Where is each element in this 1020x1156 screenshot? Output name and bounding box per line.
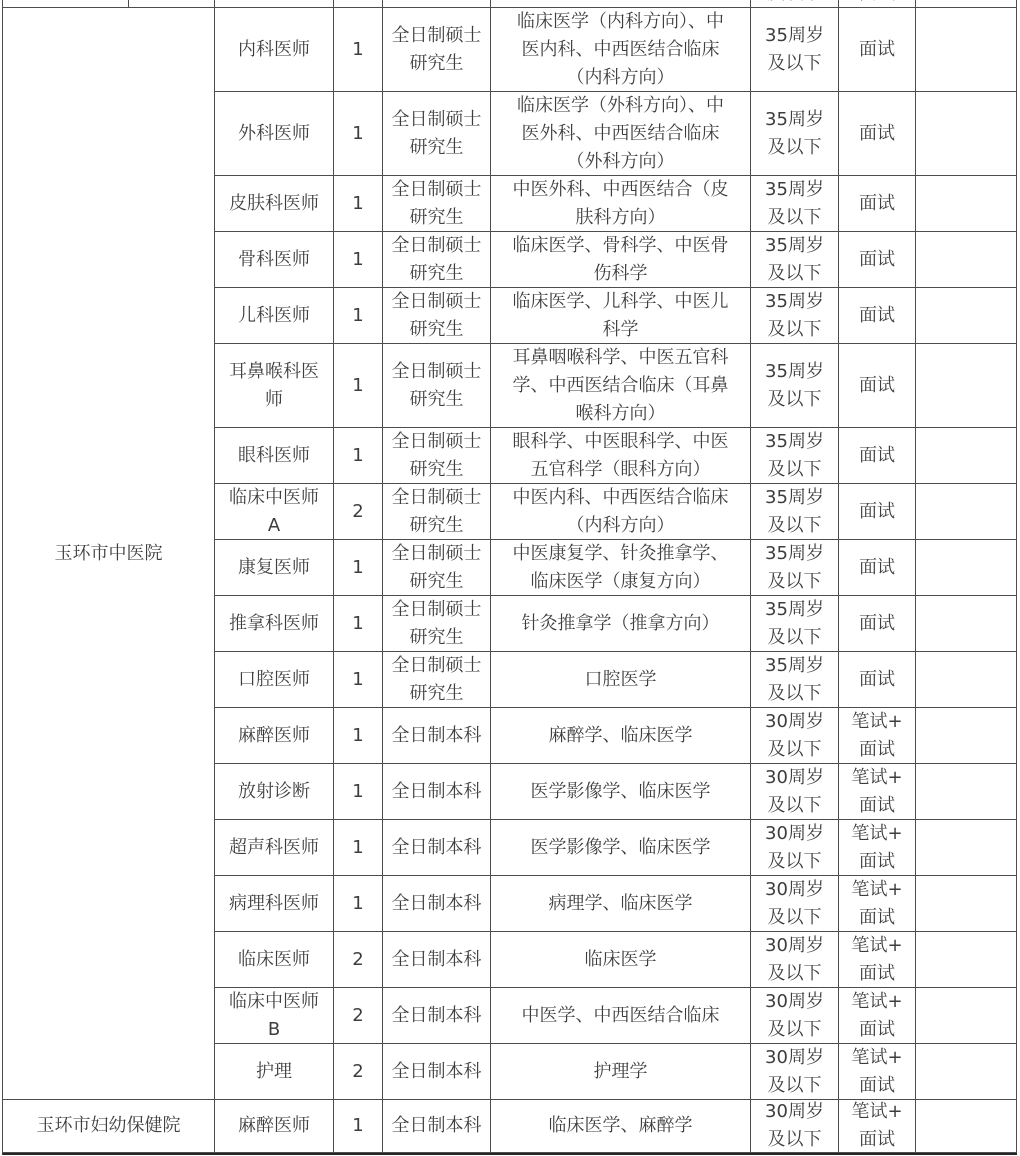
partial-row-cell-4 xyxy=(334,0,383,8)
major-cell: 麻醉学、临床医学 xyxy=(491,708,751,764)
note-cell xyxy=(916,288,1017,344)
count-cell: 1 xyxy=(334,176,383,232)
age-cell: 35周岁 及以下 xyxy=(751,540,839,596)
age-cell: 30周岁 及以下 xyxy=(751,988,839,1044)
education-cell-text: 全日制硕士 研究生 xyxy=(383,484,490,540)
note-cell xyxy=(916,8,1017,92)
note-cell xyxy=(916,820,1017,876)
age-cell-text: 30周岁 及以下 xyxy=(751,1100,838,1153)
major-cell: 医学影像学、临床医学 xyxy=(491,820,751,876)
exam-cell-text: 面试 xyxy=(839,120,915,148)
major-cell-text: 病理学、临床医学 xyxy=(497,890,744,918)
age-cell: 35周岁 及以下 xyxy=(751,92,839,176)
education-cell: 全日制硕士 研究生 xyxy=(383,652,491,708)
major-cell: 临床医学（内科方向）、中 医内科、中西医结合临床 （内科方向） xyxy=(491,8,751,92)
exam-cell-text: 笔试+ 面试 xyxy=(839,876,915,932)
education-cell: 全日制本科 xyxy=(383,1100,491,1153)
position-cell-text: 推拿科医师 xyxy=(218,610,330,638)
education-cell-text: 全日制硕士 研究生 xyxy=(383,540,490,596)
partial-row-cell-6 xyxy=(491,0,751,8)
exam-cell: 笔试+ 面试 xyxy=(839,932,916,988)
education-cell: 全日制本科 xyxy=(383,708,491,764)
position-cell: 眼科医师 xyxy=(215,428,334,484)
major-cell: 临床医学、儿科学、中医儿 科学 xyxy=(491,288,751,344)
age-cell-text: 30周岁 及以下 xyxy=(751,932,838,988)
partial-row-cell-9 xyxy=(916,0,1017,8)
count-cell: 2 xyxy=(334,1044,383,1100)
age-cell: 30周岁 及以下 xyxy=(751,1100,839,1153)
count-cell: 1 xyxy=(334,428,383,484)
age-cell-text: 35周岁 及以下 xyxy=(751,428,838,484)
major-cell: 临床医学 xyxy=(491,932,751,988)
position-cell-text: 临床医师 xyxy=(218,946,330,974)
major-cell: 中医康复学、针灸推拿学、 临床医学（康复方向） xyxy=(491,540,751,596)
education-cell: 全日制硕士 研究生 xyxy=(383,344,491,428)
position-cell-text: 康复医师 xyxy=(218,554,330,582)
major-cell-text: 临床医学 xyxy=(497,946,744,974)
count-cell: 1 xyxy=(334,708,383,764)
count-cell-text: 1 xyxy=(334,890,382,918)
position-cell-text: 外科医师 xyxy=(218,120,330,148)
position-cell: 儿科医师 xyxy=(215,288,334,344)
count-cell-text: 1 xyxy=(334,246,382,274)
major-cell: 眼科学、中医眼科学、中医 五官科学（眼科方向） xyxy=(491,428,751,484)
major-cell: 护理学 xyxy=(491,1044,751,1100)
position-cell-text: 麻醉医师 xyxy=(218,1112,330,1140)
position-cell: 护理 xyxy=(215,1044,334,1100)
page: 及以下面试玉环市中医院内科医师1全日制硕士 研究生临床医学（内科方向）、中 医内… xyxy=(0,0,1020,1156)
exam-cell-text: 面试 xyxy=(839,372,915,400)
position-cell-text: 内科医师 xyxy=(218,36,330,64)
major-cell-text: 耳鼻咽喉科学、中医五官科 学、中西医结合临床（耳鼻 喉科方向） xyxy=(497,344,744,428)
exam-cell: 笔试+ 面试 xyxy=(839,988,916,1044)
position-cell: 康复医师 xyxy=(215,540,334,596)
note-cell xyxy=(916,176,1017,232)
note-cell xyxy=(916,932,1017,988)
age-cell-text: 35周岁 及以下 xyxy=(751,358,838,414)
education-cell-text: 全日制硕士 研究生 xyxy=(383,596,490,652)
major-cell-text: 临床医学、骨科学、中医骨 伤科学 xyxy=(497,232,744,288)
note-cell xyxy=(916,708,1017,764)
exam-cell-text: 笔试+ 面试 xyxy=(839,932,915,988)
count-cell: 1 xyxy=(334,876,383,932)
position-cell-text: 病理科医师 xyxy=(218,890,330,918)
age-cell: 35周岁 及以下 xyxy=(751,484,839,540)
count-cell: 1 xyxy=(334,764,383,820)
age-cell: 30周岁 及以下 xyxy=(751,764,839,820)
exam-cell: 面试 xyxy=(839,8,916,92)
note-cell xyxy=(916,540,1017,596)
count-cell: 1 xyxy=(334,652,383,708)
exam-cell-text: 面试 xyxy=(839,666,915,694)
major-cell-text: 麻醉学、临床医学 xyxy=(497,722,744,750)
major-cell: 中医学、中西医结合临床 xyxy=(491,988,751,1044)
partial-row-cell-5 xyxy=(383,0,491,8)
major-cell-text: 眼科学、中医眼科学、中医 五官科学（眼科方向） xyxy=(497,428,744,484)
age-cell: 30周岁 及以下 xyxy=(751,876,839,932)
major-cell: 医学影像学、临床医学 xyxy=(491,764,751,820)
exam-cell: 面试 xyxy=(839,540,916,596)
exam-cell: 笔试+ 面试 xyxy=(839,820,916,876)
exam-cell-text: 面试 xyxy=(839,498,915,526)
age-cell: 35周岁 及以下 xyxy=(751,288,839,344)
age-cell: 35周岁 及以下 xyxy=(751,596,839,652)
age-cell: 30周岁 及以下 xyxy=(751,708,839,764)
exam-cell-text: 笔试+ 面试 xyxy=(839,820,915,876)
count-cell: 1 xyxy=(334,344,383,428)
education-cell: 全日制本科 xyxy=(383,764,491,820)
count-cell-text: 2 xyxy=(334,498,382,526)
exam-cell-text: 面试 xyxy=(839,302,915,330)
major-cell: 病理学、临床医学 xyxy=(491,876,751,932)
major-cell-text: 中医内科、中西医结合临床 （内科方向） xyxy=(497,484,744,540)
education-cell-text: 全日制硕士 研究生 xyxy=(383,232,490,288)
major-cell-text: 临床医学、儿科学、中医儿 科学 xyxy=(497,288,744,344)
major-cell: 口腔医学 xyxy=(491,652,751,708)
position-cell: 麻醉医师 xyxy=(215,708,334,764)
partial-row-cell-8: 面试 xyxy=(839,0,916,8)
hospital-cell-text: 玉环市中医院 xyxy=(3,540,214,568)
position-cell: 临床医师 xyxy=(215,932,334,988)
major-cell-text: 中医学、中西医结合临床 xyxy=(497,1002,744,1030)
note-cell xyxy=(916,1100,1017,1153)
note-cell xyxy=(916,876,1017,932)
education-cell-text: 全日制本科 xyxy=(383,1112,490,1140)
hospital-cell: 玉环市中医院 xyxy=(3,8,215,1100)
count-cell: 1 xyxy=(334,596,383,652)
education-cell: 全日制硕士 研究生 xyxy=(383,232,491,288)
partial-row-cell-7-text: 及以下 xyxy=(751,0,838,4)
hospital-cell: 玉环市妇幼保健院 xyxy=(3,1100,215,1153)
education-cell: 全日制硕士 研究生 xyxy=(383,540,491,596)
age-cell-text: 30周岁 及以下 xyxy=(751,876,838,932)
count-cell: 1 xyxy=(334,92,383,176)
note-cell xyxy=(916,652,1017,708)
education-cell-text: 全日制本科 xyxy=(383,722,490,750)
note-cell xyxy=(916,92,1017,176)
position-cell: 临床中医师 B xyxy=(215,988,334,1044)
exam-cell-text: 面试 xyxy=(839,36,915,64)
education-cell-text: 全日制硕士 研究生 xyxy=(383,358,490,414)
exam-cell: 面试 xyxy=(839,652,916,708)
age-cell: 35周岁 及以下 xyxy=(751,344,839,428)
exam-cell-text: 面试 xyxy=(839,554,915,582)
count-cell: 1 xyxy=(334,540,383,596)
partial-row-cell-8-text: 面试 xyxy=(839,0,915,4)
note-cell xyxy=(916,344,1017,428)
education-cell-text: 全日制硕士 研究生 xyxy=(383,288,490,344)
age-cell-text: 30周岁 及以下 xyxy=(751,1044,838,1100)
count-cell: 2 xyxy=(334,484,383,540)
position-cell: 病理科医师 xyxy=(215,876,334,932)
education-cell-text: 全日制硕士 研究生 xyxy=(383,176,490,232)
exam-cell: 面试 xyxy=(839,344,916,428)
major-cell-text: 护理学 xyxy=(497,1058,744,1086)
major-cell-text: 临床医学（外科方向）、中 医外科、中西医结合临床 （外科方向） xyxy=(497,92,744,176)
age-cell: 30周岁 及以下 xyxy=(751,820,839,876)
exam-cell-text: 面试 xyxy=(839,442,915,470)
count-cell-text: 1 xyxy=(334,722,382,750)
partial-row-cell-7: 及以下 xyxy=(751,0,839,8)
count-cell-text: 1 xyxy=(334,120,382,148)
education-cell-text: 全日制本科 xyxy=(383,834,490,862)
major-cell: 临床医学（外科方向）、中 医外科、中西医结合临床 （外科方向） xyxy=(491,92,751,176)
position-cell-text: 口腔医师 xyxy=(218,666,330,694)
note-cell xyxy=(916,988,1017,1044)
exam-cell-text: 笔试+ 面试 xyxy=(839,988,915,1044)
education-cell-text: 全日制本科 xyxy=(383,778,490,806)
education-cell-text: 全日制硕士 研究生 xyxy=(383,652,490,708)
count-cell-text: 1 xyxy=(334,1112,382,1140)
education-cell-text: 全日制本科 xyxy=(383,1002,490,1030)
partial-row-cell-2 xyxy=(129,0,215,8)
age-cell-text: 35周岁 及以下 xyxy=(751,596,838,652)
position-cell: 麻醉医师 xyxy=(215,1100,334,1153)
count-cell-text: 1 xyxy=(334,372,382,400)
exam-cell-text: 面试 xyxy=(839,190,915,218)
exam-cell: 面试 xyxy=(839,484,916,540)
position-cell-text: 儿科医师 xyxy=(218,302,330,330)
age-cell-text: 35周岁 及以下 xyxy=(751,176,838,232)
count-cell-text: 1 xyxy=(334,36,382,64)
note-cell xyxy=(916,428,1017,484)
major-cell-text: 口腔医学 xyxy=(497,666,744,694)
count-cell: 1 xyxy=(334,820,383,876)
age-cell-text: 35周岁 及以下 xyxy=(751,484,838,540)
count-cell-text: 2 xyxy=(334,946,382,974)
exam-cell-text: 面试 xyxy=(839,610,915,638)
age-cell: 30周岁 及以下 xyxy=(751,932,839,988)
exam-cell: 面试 xyxy=(839,176,916,232)
education-cell: 全日制本科 xyxy=(383,932,491,988)
exam-cell-text: 笔试+ 面试 xyxy=(839,1100,915,1153)
education-cell: 全日制硕士 研究生 xyxy=(383,428,491,484)
count-cell-text: 2 xyxy=(334,1058,382,1086)
age-cell-text: 35周岁 及以下 xyxy=(751,288,838,344)
count-cell: 2 xyxy=(334,988,383,1044)
age-cell-text: 35周岁 及以下 xyxy=(751,22,838,78)
education-cell: 全日制本科 xyxy=(383,988,491,1044)
age-cell-text: 35周岁 及以下 xyxy=(751,652,838,708)
exam-cell: 笔试+ 面试 xyxy=(839,764,916,820)
position-cell-text: 皮肤科医师 xyxy=(218,190,330,218)
count-cell-text: 1 xyxy=(334,834,382,862)
age-cell-text: 30周岁 及以下 xyxy=(751,708,838,764)
position-cell: 内科医师 xyxy=(215,8,334,92)
position-cell-text: 放射诊断 xyxy=(218,778,330,806)
count-cell-text: 2 xyxy=(334,1002,382,1030)
age-cell-text: 35周岁 及以下 xyxy=(751,232,838,288)
count-cell: 1 xyxy=(334,8,383,92)
major-cell-text: 医学影像学、临床医学 xyxy=(497,778,744,806)
education-cell: 全日制硕士 研究生 xyxy=(383,92,491,176)
note-cell xyxy=(916,484,1017,540)
position-cell: 骨科医师 xyxy=(215,232,334,288)
position-cell-text: 耳鼻喉科医 师 xyxy=(218,358,330,414)
major-cell-text: 针灸推拿学（推拿方向） xyxy=(497,610,744,638)
age-cell-text: 30周岁 及以下 xyxy=(751,764,838,820)
exam-cell-text: 笔试+ 面试 xyxy=(839,708,915,764)
education-cell-text: 全日制硕士 研究生 xyxy=(383,106,490,162)
exam-cell: 面试 xyxy=(839,288,916,344)
exam-cell: 笔试+ 面试 xyxy=(839,876,916,932)
age-cell: 35周岁 及以下 xyxy=(751,176,839,232)
position-cell-text: 骨科医师 xyxy=(218,246,330,274)
major-cell: 临床医学、骨科学、中医骨 伤科学 xyxy=(491,232,751,288)
exam-cell: 面试 xyxy=(839,92,916,176)
age-cell-text: 35周岁 及以下 xyxy=(751,540,838,596)
major-cell-text: 医学影像学、临床医学 xyxy=(497,834,744,862)
major-cell-text: 中医康复学、针灸推拿学、 临床医学（康复方向） xyxy=(497,540,744,596)
position-cell: 放射诊断 xyxy=(215,764,334,820)
age-cell-text: 30周岁 及以下 xyxy=(751,820,838,876)
position-cell-text: 麻醉医师 xyxy=(218,722,330,750)
education-cell-text: 全日制硕士 研究生 xyxy=(383,22,490,78)
position-cell: 耳鼻喉科医 师 xyxy=(215,344,334,428)
count-cell-text: 1 xyxy=(334,442,382,470)
position-cell: 推拿科医师 xyxy=(215,596,334,652)
age-cell: 35周岁 及以下 xyxy=(751,8,839,92)
note-cell xyxy=(916,232,1017,288)
exam-cell-text: 笔试+ 面试 xyxy=(839,764,915,820)
education-cell: 全日制硕士 研究生 xyxy=(383,484,491,540)
exam-cell-text: 笔试+ 面试 xyxy=(839,1044,915,1100)
position-cell: 皮肤科医师 xyxy=(215,176,334,232)
education-cell-text: 全日制本科 xyxy=(383,1058,490,1086)
education-cell: 全日制本科 xyxy=(383,820,491,876)
education-cell: 全日制硕士 研究生 xyxy=(383,8,491,92)
count-cell: 2 xyxy=(334,932,383,988)
count-cell-text: 1 xyxy=(334,778,382,806)
position-cell-text: 超声科医师 xyxy=(218,834,330,862)
education-cell-text: 全日制硕士 研究生 xyxy=(383,428,490,484)
recruitment-table: 及以下面试玉环市中医院内科医师1全日制硕士 研究生临床医学（内科方向）、中 医内… xyxy=(2,0,1017,1155)
major-cell-text: 临床医学（内科方向）、中 医内科、中西医结合临床 （内科方向） xyxy=(497,8,744,92)
count-cell-text: 1 xyxy=(334,302,382,330)
exam-cell: 面试 xyxy=(839,428,916,484)
position-cell-text: 护理 xyxy=(218,1058,330,1086)
position-cell: 口腔医师 xyxy=(215,652,334,708)
age-cell: 30周岁 及以下 xyxy=(751,1044,839,1100)
education-cell-text: 全日制本科 xyxy=(383,946,490,974)
age-cell-text: 30周岁 及以下 xyxy=(751,988,838,1044)
count-cell-text: 1 xyxy=(334,610,382,638)
count-cell: 1 xyxy=(334,288,383,344)
major-cell-text: 临床医学、麻醉学 xyxy=(497,1112,744,1140)
count-cell: 1 xyxy=(334,1100,383,1153)
position-cell: 超声科医师 xyxy=(215,820,334,876)
education-cell: 全日制本科 xyxy=(383,1044,491,1100)
age-cell-text: 35周岁 及以下 xyxy=(751,106,838,162)
exam-cell: 面试 xyxy=(839,596,916,652)
hospital-cell-text: 玉环市妇幼保健院 xyxy=(3,1112,214,1140)
exam-cell: 面试 xyxy=(839,232,916,288)
major-cell: 临床医学、麻醉学 xyxy=(491,1100,751,1153)
education-cell: 全日制硕士 研究生 xyxy=(383,288,491,344)
position-cell-text: 临床中医师 A xyxy=(218,484,330,540)
partial-row-cell-3 xyxy=(215,0,334,8)
position-cell: 外科医师 xyxy=(215,92,334,176)
count-cell-text: 1 xyxy=(334,190,382,218)
major-cell: 耳鼻咽喉科学、中医五官科 学、中西医结合临床（耳鼻 喉科方向） xyxy=(491,344,751,428)
note-cell xyxy=(916,596,1017,652)
count-cell: 1 xyxy=(334,232,383,288)
education-cell: 全日制本科 xyxy=(383,876,491,932)
age-cell: 35周岁 及以下 xyxy=(751,428,839,484)
count-cell-text: 1 xyxy=(334,666,382,694)
major-cell: 中医外科、中西医结合（皮 肤科方向） xyxy=(491,176,751,232)
note-cell xyxy=(916,1044,1017,1100)
position-cell-text: 眼科医师 xyxy=(218,442,330,470)
major-cell-text: 中医外科、中西医结合（皮 肤科方向） xyxy=(497,176,744,232)
exam-cell-text: 面试 xyxy=(839,246,915,274)
position-cell: 临床中医师 A xyxy=(215,484,334,540)
age-cell: 35周岁 及以下 xyxy=(751,652,839,708)
major-cell: 中医内科、中西医结合临床 （内科方向） xyxy=(491,484,751,540)
age-cell: 35周岁 及以下 xyxy=(751,232,839,288)
education-cell: 全日制硕士 研究生 xyxy=(383,176,491,232)
partial-row-cell-1 xyxy=(3,0,129,8)
exam-cell: 笔试+ 面试 xyxy=(839,1100,916,1153)
education-cell-text: 全日制本科 xyxy=(383,890,490,918)
note-cell xyxy=(916,764,1017,820)
count-cell-text: 1 xyxy=(334,554,382,582)
exam-cell: 笔试+ 面试 xyxy=(839,1044,916,1100)
position-cell-text: 临床中医师 B xyxy=(218,988,330,1044)
major-cell: 针灸推拿学（推拿方向） xyxy=(491,596,751,652)
education-cell: 全日制硕士 研究生 xyxy=(383,596,491,652)
exam-cell: 笔试+ 面试 xyxy=(839,708,916,764)
